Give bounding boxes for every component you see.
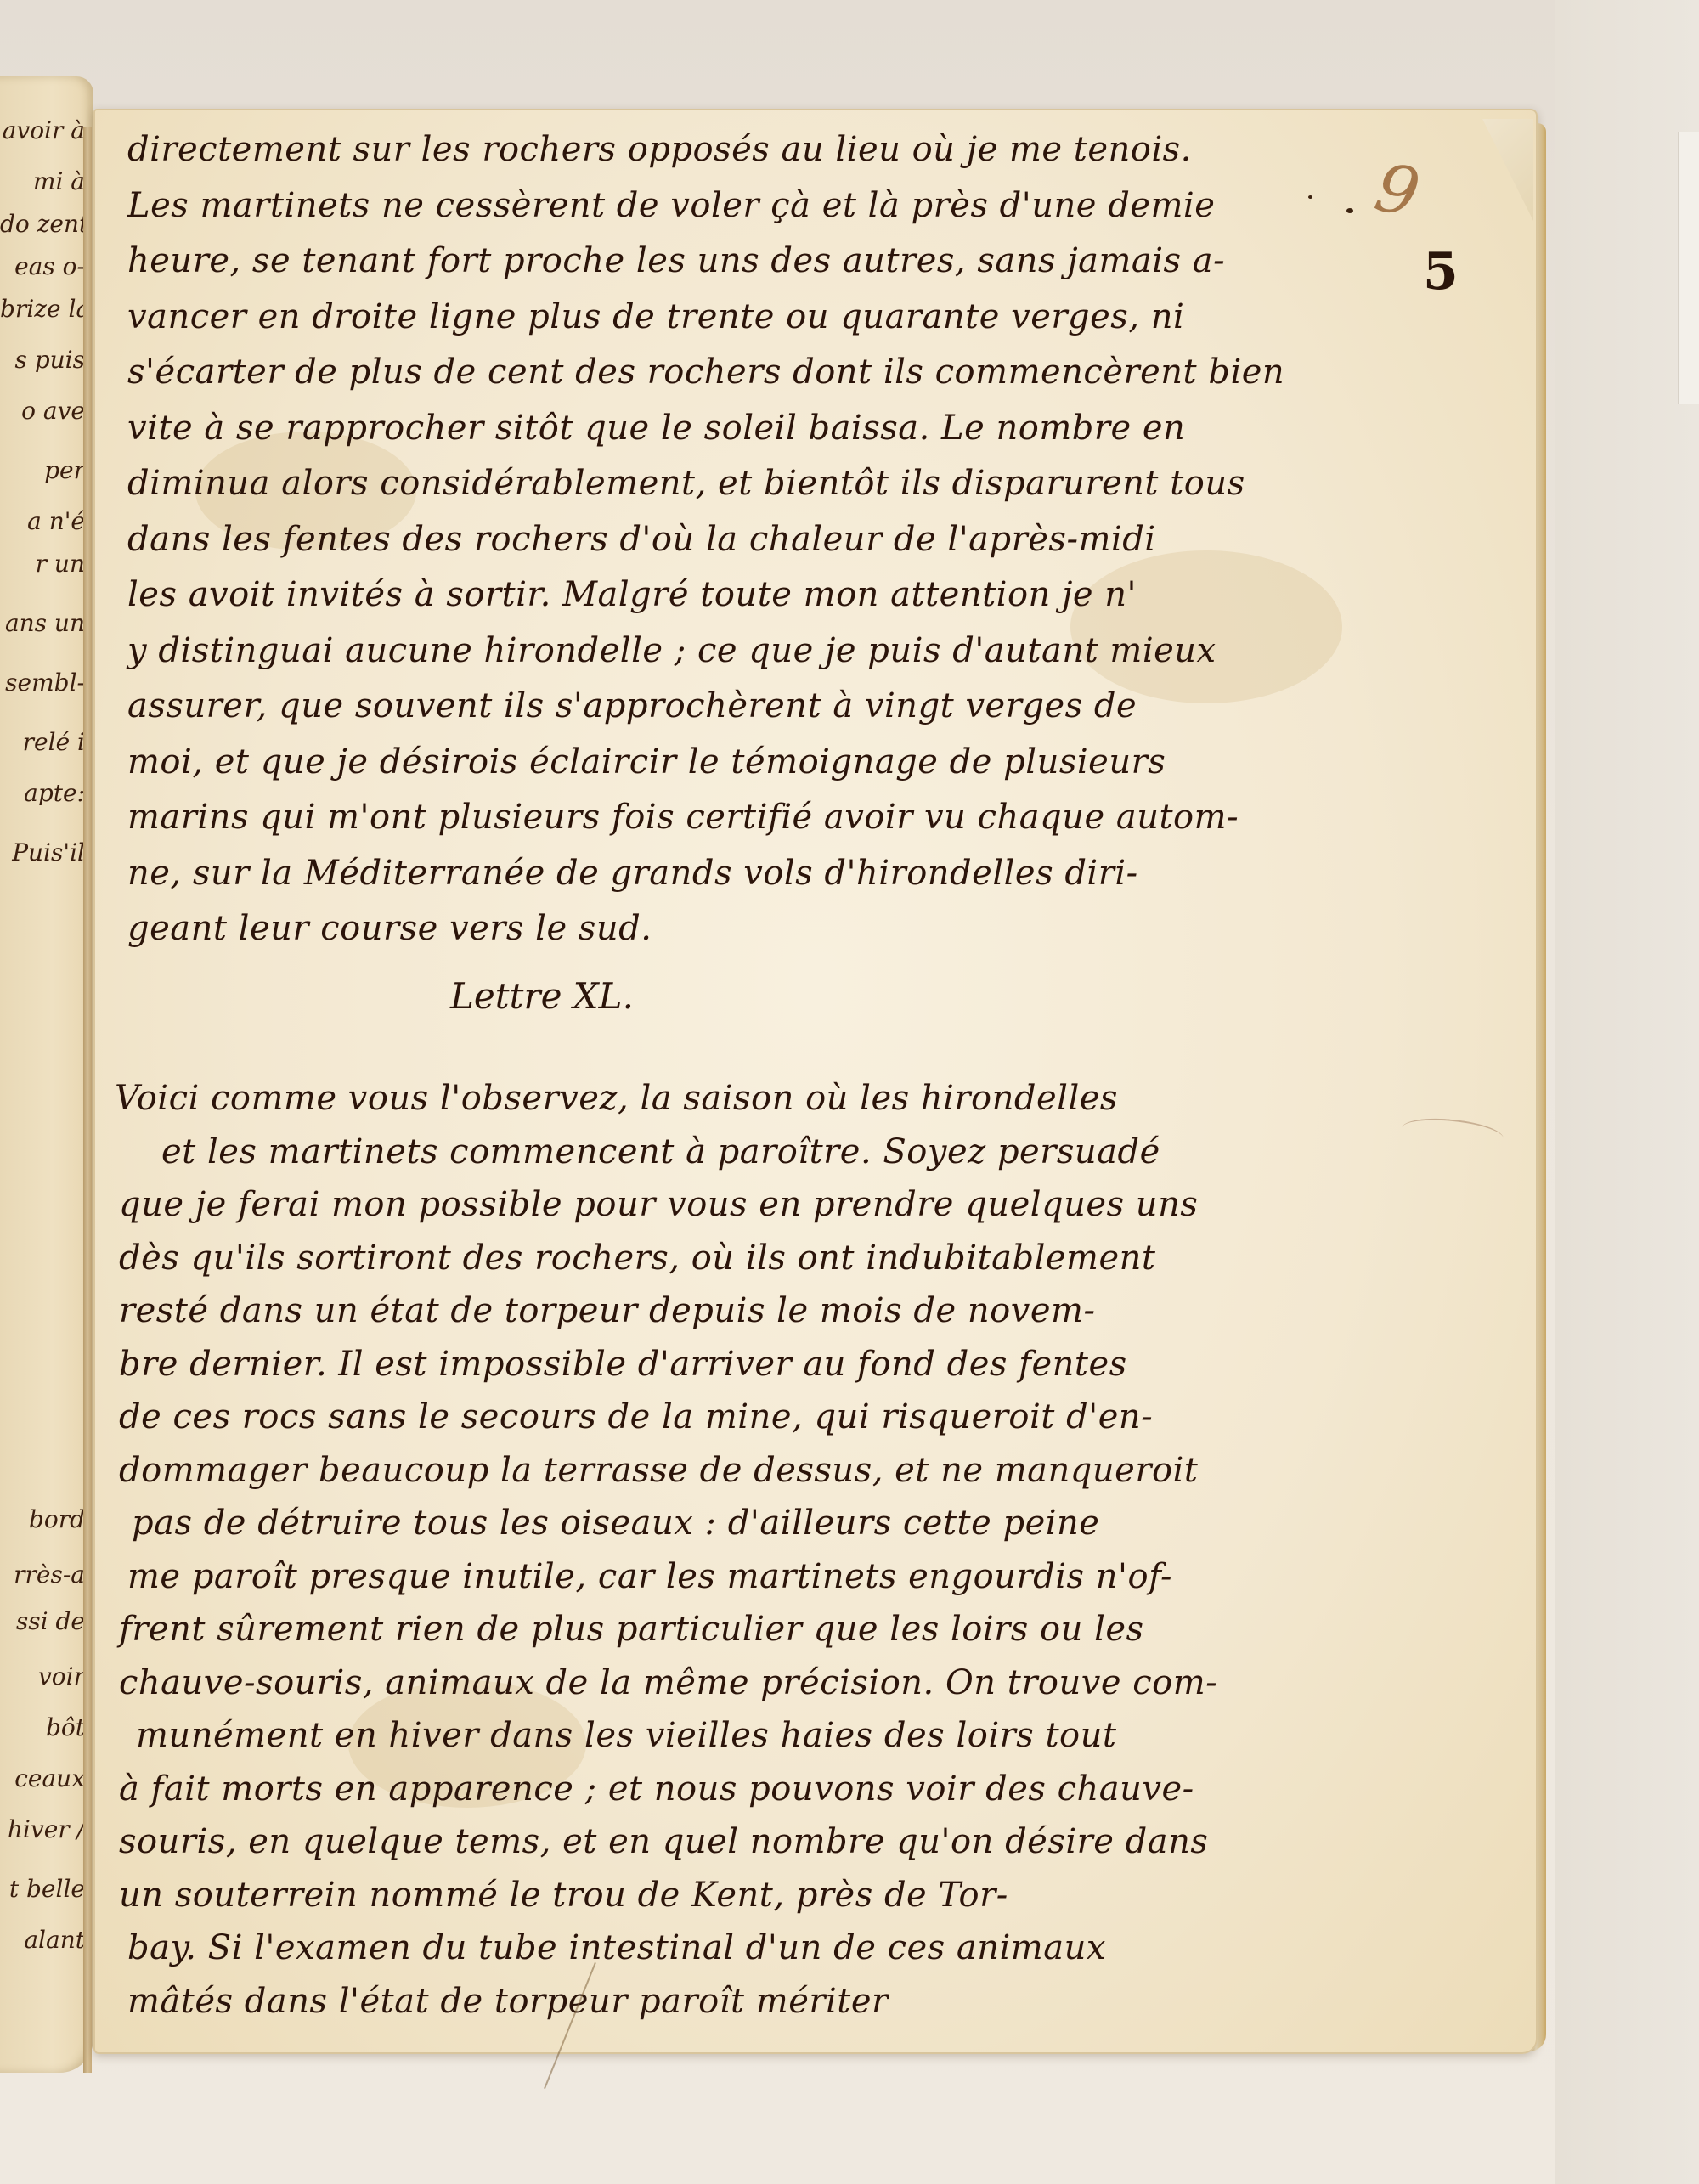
manuscript-line: vite à se rapprocher sitôt que le soleil… bbox=[127, 411, 1185, 445]
manuscript-line: pas de détruire tous les oiseaux : d'ail… bbox=[132, 1506, 1099, 1540]
manuscript-line: ne, sur la Méditerranée de grands vols d… bbox=[127, 856, 1138, 890]
left-margin-fragment: Puis'il bbox=[0, 841, 85, 865]
letter-heading: Lettre XL. bbox=[450, 975, 634, 1017]
manuscript-line: que je ferai mon possible pour vous en p… bbox=[119, 1188, 1198, 1222]
manuscript-line: de ces rocs sans le secours de la mine, … bbox=[119, 1400, 1153, 1434]
manuscript-line: un souterrein nommé le trou de Kent, prè… bbox=[119, 1878, 1008, 1912]
manuscript-line: bre dernier. Il est impossible d'arriver… bbox=[119, 1347, 1127, 1381]
left-margin-fragment: t belle bbox=[0, 1877, 85, 1901]
pencil-mark bbox=[1401, 1115, 1505, 1152]
left-margin-fragment: hiver / bbox=[0, 1818, 85, 1842]
adjacent-sheet-edge bbox=[1678, 132, 1699, 404]
folio-number-ink: 5 bbox=[1423, 242, 1459, 302]
ink-dot bbox=[1308, 195, 1312, 199]
manuscript-line: et les martinets commencent à paroître. … bbox=[161, 1135, 1160, 1169]
manuscript-line: chauve-souris, animaux de la même précis… bbox=[119, 1666, 1217, 1700]
left-margin-fragment: avoir à bbox=[0, 119, 85, 143]
manuscript-line: vancer en droite ligne plus de trente ou… bbox=[127, 300, 1184, 334]
manuscript-line: assurer, que souvent ils s'approchèrent … bbox=[127, 689, 1137, 723]
left-margin-fragment: brize la bbox=[0, 297, 85, 321]
left-margin-fragment: per bbox=[0, 459, 85, 483]
manuscript-line: dès qu'ils sortiront des rochers, où ils… bbox=[119, 1241, 1155, 1275]
left-margin-fragment: rrès-a bbox=[0, 1563, 85, 1587]
manuscript-line: s'écarter de plus de cent des rochers do… bbox=[127, 355, 1284, 389]
manuscript-page: directement sur les rochers opposés au l… bbox=[93, 109, 1538, 2054]
left-margin-fragment: eas o- bbox=[0, 255, 85, 279]
book-gutter bbox=[83, 127, 92, 2073]
left-margin-fragment: bord bbox=[0, 1508, 85, 1532]
manuscript-line: Les martinets ne cessèrent de voler çà e… bbox=[127, 189, 1215, 223]
left-margin-fragment: s puis bbox=[0, 348, 85, 372]
manuscript-line: les avoit invités à sortir. Malgré toute… bbox=[127, 578, 1137, 612]
left-margin-fragment: o ave bbox=[0, 399, 85, 423]
manuscript-line: souris, en quelque tems, et en quel nomb… bbox=[119, 1825, 1208, 1859]
manuscript-line: geant leur course vers le sud. bbox=[127, 911, 652, 945]
left-margin-fragment: ans un bbox=[0, 612, 85, 635]
manuscript-line: frent sûrement rien de plus particulier … bbox=[119, 1612, 1144, 1646]
manuscript-line: marins qui m'ont plusieurs fois certifié… bbox=[127, 800, 1239, 834]
manuscript-line: me paroît presque inutile, car les marti… bbox=[127, 1560, 1172, 1594]
left-margin-fragment: voir bbox=[0, 1665, 85, 1689]
manuscript-line: dans les fentes des rochers d'où la chal… bbox=[127, 522, 1156, 556]
left-margin-fragment: sembl- bbox=[0, 671, 85, 695]
left-margin-fragment: alant bbox=[0, 1928, 85, 1952]
manuscript-line: à fait morts en apparence ; et nous pouv… bbox=[119, 1772, 1194, 1806]
manuscript-line: dommager beaucoup la terrasse de dessus,… bbox=[119, 1453, 1198, 1487]
paper-stain bbox=[1070, 550, 1342, 703]
left-margin-fragment: r un bbox=[0, 552, 85, 576]
left-margin-fragment: bôt bbox=[0, 1716, 85, 1740]
manuscript-line: Voici comme vous l'observez, la saison o… bbox=[115, 1081, 1118, 1115]
manuscript-line: y distinguai aucune hirondelle ; ce que … bbox=[127, 634, 1216, 668]
left-margin-fragment: ssi de bbox=[0, 1610, 85, 1634]
manuscript-line: mâtés dans l'état de torpeur paroît méri… bbox=[127, 1984, 889, 2018]
left-margin-fragment: mi à bbox=[0, 170, 85, 194]
left-margin-fragment: apte: bbox=[0, 782, 85, 805]
manuscript-line: diminua alors considérablement, et bient… bbox=[127, 466, 1245, 500]
manuscript-line: bay. Si l'examen du tube intestinal d'un… bbox=[127, 1931, 1106, 1965]
manuscript-line: directement sur les rochers opposés au l… bbox=[127, 133, 1192, 166]
left-margin-fragment: do zenti bbox=[0, 212, 85, 236]
left-margin-fragment: relé i bbox=[0, 731, 85, 754]
ink-dot bbox=[1346, 208, 1353, 213]
manuscript-line: heure, se tenant fort proche les uns des… bbox=[127, 244, 1225, 278]
manuscript-line: resté dans un état de torpeur depuis le … bbox=[119, 1294, 1095, 1328]
manuscript-line: moi, et que je désirois éclaircir le tém… bbox=[127, 745, 1166, 779]
manuscript-line: munément en hiver dans les vieilles haie… bbox=[136, 1718, 1116, 1752]
left-margin-fragment: ceaux bbox=[0, 1767, 85, 1791]
left-margin-fragment: a n'é bbox=[0, 510, 85, 533]
